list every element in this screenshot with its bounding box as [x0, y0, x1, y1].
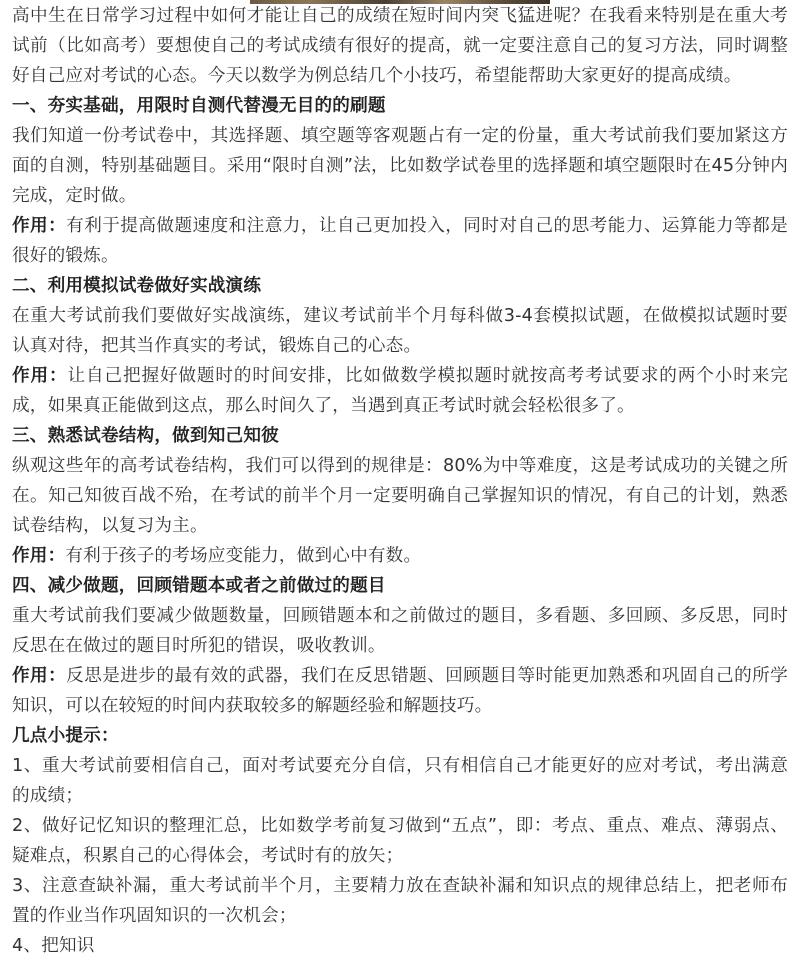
effect-text: 让自己把握好做题时的时间安排，比如做数学模拟题时就按高考考试要求的两个小时来完成… — [12, 366, 788, 416]
tips-heading: 几点小提示： — [12, 721, 788, 751]
section-body-4: 重大考试前我们要减少做题数量，回顾错题本和之前做过的题目，多看题、多回顾、多反思… — [12, 601, 788, 661]
effect-text: 反思是进步的最有效的武器，我们在反思错题、回顾题目等时能更加熟悉和巩固自己的所学… — [12, 666, 788, 716]
article-body: 高中生在日常学习过程中如何才能让自己的成绩在短时间内突飞猛进呢？在我看来特别是在… — [12, 1, 788, 961]
effect-label: 作用： — [12, 216, 66, 236]
section-effect-4: 作用：反思是进步的最有效的武器，我们在反思错题、回顾题目等时能更加熟悉和巩固自己… — [12, 661, 788, 721]
section-heading-3: 三、熟悉试卷结构，做到知己知彼 — [12, 421, 788, 451]
effect-label: 作用： — [12, 546, 65, 566]
effect-label: 作用： — [12, 666, 66, 686]
section-effect-1: 作用：有利于提高做题速度和注意力，让自己更加投入，同时对自己的思考能力、运算能力… — [12, 211, 788, 271]
effect-text: 有利于提高做题速度和注意力，让自己更加投入，同时对自己的思考能力、运算能力等都是… — [12, 216, 788, 266]
effect-text: 有利于孩子的考场应变能力，做到心中有数。 — [65, 546, 421, 566]
section-heading-4: 四、减少做题，回顾错题本或者之前做过的题目 — [12, 571, 788, 601]
intro-paragraph: 高中生在日常学习过程中如何才能让自己的成绩在短时间内突飞猛进呢？在我看来特别是在… — [12, 1, 788, 91]
effect-label: 作用： — [12, 366, 67, 386]
section-effect-2: 作用：让自己把握好做题时的时间安排，比如做数学模拟题时就按高考考试要求的两个小时… — [12, 361, 788, 421]
section-body-1: 我们知道一份考试卷中，其选择题、填空题等客观题占有一定的份量，重大考试前我们要加… — [12, 121, 788, 211]
tip-item-3: 3、注意查缺补漏，重大考试前半个月，主要精力放在查缺补漏和知识点的规律总结上，把… — [12, 871, 788, 931]
tip-item-4: 4、把知识 — [12, 931, 788, 961]
section-effect-3: 作用：有利于孩子的考场应变能力，做到心中有数。 — [12, 541, 788, 571]
section-body-3: 纵观这些年的高考试卷结构，我们可以得到的规律是：80%为中等难度，这是考试成功的… — [12, 451, 788, 541]
section-body-2: 在重大考试前我们要做好实战演练，建议考试前半个月每科做3-4套模拟试题，在做模拟… — [12, 301, 788, 361]
tip-item-1: 1、重大考试前要相信自己，面对考试要充分自信，只有相信自己才能更好的应对考试，考… — [12, 751, 788, 811]
tip-item-2: 2、做好记忆知识的整理汇总，比如数学考前复习做到“五点”，即：考点、重点、难点、… — [12, 811, 788, 871]
section-heading-1: 一、夯实基础，用限时自测代替漫无目的的刷题 — [12, 91, 788, 121]
section-heading-2: 二、利用模拟试卷做好实战演练 — [12, 271, 788, 301]
